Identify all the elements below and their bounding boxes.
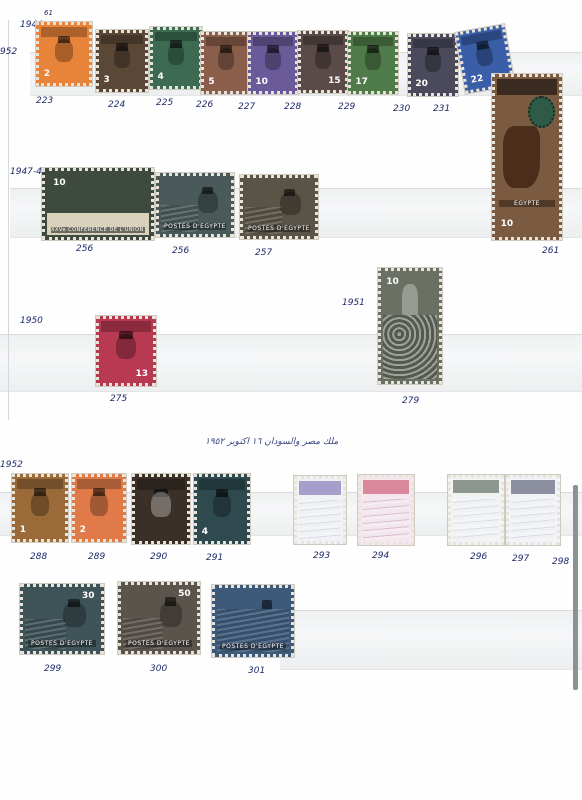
- stamp-296: [448, 475, 504, 545]
- catalog-number: 300: [150, 664, 167, 674]
- catalog-number: 293: [313, 551, 330, 561]
- stamp-226: 5: [201, 32, 251, 94]
- catalog-number: 289: [88, 552, 105, 562]
- catalog-number: 226: [196, 100, 213, 110]
- handwritten-note: ملك مصر والسودان ١٦ اكتوبر ١٩٥٢: [205, 437, 338, 447]
- catalog-number: 298: [552, 557, 569, 567]
- catalog-number: 227: [238, 102, 255, 112]
- stamp-229: 17: [348, 32, 398, 94]
- year-label: 1951: [342, 298, 365, 308]
- stamp-297: [506, 475, 560, 545]
- catalog-number: 223: [36, 96, 53, 106]
- catalog-number: 231: [433, 104, 450, 114]
- stamp-228: 15: [298, 31, 348, 93]
- stamp-288: 1: [12, 474, 68, 542]
- side-label: 952: [0, 47, 17, 57]
- stamp-227: 10: [248, 32, 298, 94]
- catalog-number: 225: [156, 98, 173, 108]
- catalog-number: 261: [542, 246, 559, 256]
- catalog-number: 256: [172, 246, 189, 256]
- stamp-223: 2: [36, 22, 92, 86]
- stamp-256a: 10XXVe CONFERENCE DE L'UNION INTERPARLEM…: [42, 168, 154, 240]
- catalog-number: 297: [512, 554, 529, 564]
- stamp-230: 20: [408, 34, 458, 96]
- catalog-number: 229: [338, 102, 355, 112]
- album-strip: [0, 334, 582, 392]
- stamp-224: 3: [96, 30, 148, 92]
- catalog-number: 291: [206, 553, 223, 563]
- stamp-261: EGYPTE10: [492, 74, 562, 240]
- catalog-number: 299: [44, 664, 61, 674]
- stamp-256b: POSTES D'EGYPTE: [156, 173, 234, 237]
- catalog-number: 279: [402, 396, 419, 406]
- figure-icon: [402, 284, 418, 316]
- catalog-number: 230: [393, 104, 410, 114]
- album-strip: [280, 610, 582, 670]
- catalog-number: 224: [108, 100, 125, 110]
- stamp-301: POSTES D'EGYPTE: [212, 585, 294, 657]
- stamp-291: 4: [194, 474, 250, 544]
- catalog-number: 228: [284, 102, 301, 112]
- stamp-279: 10: [378, 268, 442, 384]
- year-label: 1950: [20, 316, 43, 326]
- stamp-300: 50POSTES D'EGYPTE: [118, 582, 200, 654]
- catalog-number: 256: [76, 244, 93, 254]
- stamp-299: 30POSTES D'EGYPTE: [20, 584, 104, 654]
- catalog-number: 296: [470, 552, 487, 562]
- catalog-number: 290: [150, 552, 167, 562]
- catalog-number: 288: [30, 552, 47, 562]
- emblem-icon: [528, 96, 555, 128]
- stamp-289: 2: [72, 474, 126, 542]
- stamp-275: 13: [96, 316, 156, 386]
- page-edge-line: [8, 20, 9, 420]
- album-page: 1944 61 952 2 3 4 5 10 15 17 20 22 223 2…: [0, 0, 582, 800]
- catalog-number: 294: [372, 551, 389, 561]
- stamp-257: POSTES D'EGYPTE: [240, 175, 318, 239]
- year-label: 1952: [0, 460, 23, 470]
- stamp-225: 4: [150, 27, 202, 89]
- page-edge-bar: [573, 485, 578, 690]
- stamp-294: [358, 475, 414, 545]
- stamp-293: [294, 476, 346, 544]
- catalog-number: 275: [110, 394, 127, 404]
- map-icon: [503, 126, 540, 188]
- top-mark: 61: [44, 9, 53, 17]
- catalog-number: 301: [248, 666, 265, 676]
- catalog-number: 257: [255, 248, 272, 258]
- stamp-290: [132, 474, 190, 544]
